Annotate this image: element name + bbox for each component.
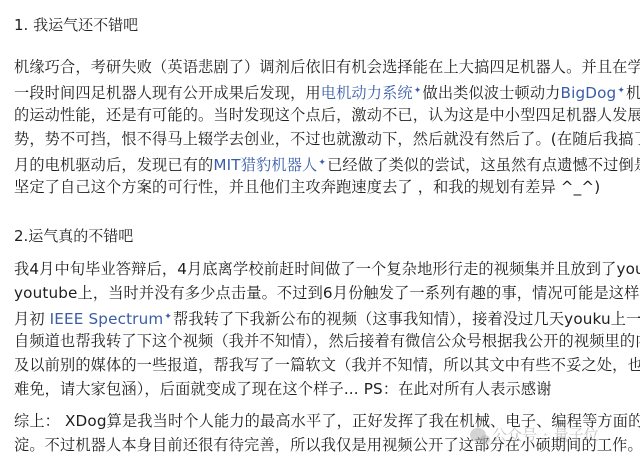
text-line: 综上： XDog算是我当时个人能力的最高水平了，正好发挥了我在机械、电子、编程等… — [14, 409, 634, 433]
text-segment: 一段时间四足机器人现有公开成果后发现，用 — [14, 84, 321, 102]
text-segment: 月的电机驱动后，发现已有的 — [14, 156, 213, 174]
summary-paragraph: 综上： XDog算是我当时个人能力的最高水平了，正好发挥了我在机械、电子、编程等… — [14, 409, 634, 457]
text-segment: 已经做了类似的尝试，这虽然有点遗憾不过倒是更加 — [327, 156, 640, 174]
link-motor-power-system[interactable]: 电机动力系统 — [321, 84, 413, 102]
section-2-heading: 2.运气真的不错吧 — [14, 224, 133, 248]
text-line: 机缘巧合，考研失败（英语悲剧了）调剂后依旧有机会选择能在上大搞四足机器人。并且在… — [14, 55, 634, 79]
sparkle-icon: ✦ — [164, 305, 172, 329]
text-line: 我4月中旬毕业答辩后，4月底离学校前赶时间做了一个复杂地形行走的视频集并且放到了… — [14, 257, 634, 281]
text-line: 难免，请大家包涵），后面就变成了现在这个样子... PS：在此对所有人表示感谢 — [14, 377, 634, 401]
text-line: 月的电机驱动后，发现已有的MIT猎豹机器人✦已经做了类似的尝试，这虽然有点遗憾不… — [14, 151, 634, 175]
sparkle-icon: ✦ — [318, 151, 326, 175]
text-line: 自频道也帮我转了下这个视频（我并不知情），然后接着有微信公众号根据我公开的视频里… — [14, 329, 634, 353]
text-segment: 做出类似波士顿动力 — [422, 84, 560, 102]
sparkle-icon: ✦ — [414, 79, 422, 103]
text-line: 势，势不可挡，恨不得马上辍学去创业，不过也就激动下，然后就没有然后了。(在随后我… — [14, 127, 634, 151]
sparkle-icon: ✦ — [617, 79, 625, 103]
section-1-heading: 1. 我运气还不错吧 — [14, 13, 138, 37]
text-segment: 月初 — [14, 310, 50, 328]
text-segment: 帮我转了下我新公布的视频（这事我知情），接着没过几天youku上一个科技 — [173, 310, 640, 328]
section-2-paragraph: 我4月中旬毕业答辩后，4月底离学校前赶时间做了一个复杂地形行走的视频集并且放到了… — [14, 257, 634, 401]
link-bigdog[interactable]: BigDog — [561, 84, 617, 102]
text-line: 坚定了自己这个方案的可行性，并且他们主攻奔跑速度去了 ，和我的规划有差异 ^_^… — [14, 175, 634, 199]
text-line: 的运动性能，还是有可能的。当时发现这个点后，激动不已，认为这是中小型四足机器人发… — [14, 103, 634, 127]
section-1-paragraph: 机缘巧合，考研失败（英语悲剧了）调剂后依旧有机会选择能在上大搞四足机器人。并且在… — [14, 55, 634, 199]
text-segment: 机器人 — [626, 84, 640, 102]
text-line: 一段时间四足机器人现有公开成果后发现，用电机动力系统✦做出类似波士顿动力BigD… — [14, 79, 634, 103]
link-ieee-spectrum[interactable]: IEEE Spectrum — [50, 310, 164, 328]
text-line: 淀。不过机器人本身目前还很有待完善，所以我仅是用视频公开了这部分在小硕期间的工作… — [14, 433, 634, 457]
link-mit-cheetah[interactable]: MIT猎豹机器人 — [213, 156, 317, 174]
text-line: 及以前别的媒体的一些报道，帮我写了一篇软文（我并不知情，所以其文中有些不妥之处，… — [14, 353, 634, 377]
text-line: 月初 IEEE Spectrum✦帮我转了下我新公布的视频（这事我知情），接着没… — [14, 305, 634, 329]
text-line: youtube上，当时并没有多少点击量。不过到6月份触发了一系列有趣的事，情况可… — [14, 281, 634, 305]
